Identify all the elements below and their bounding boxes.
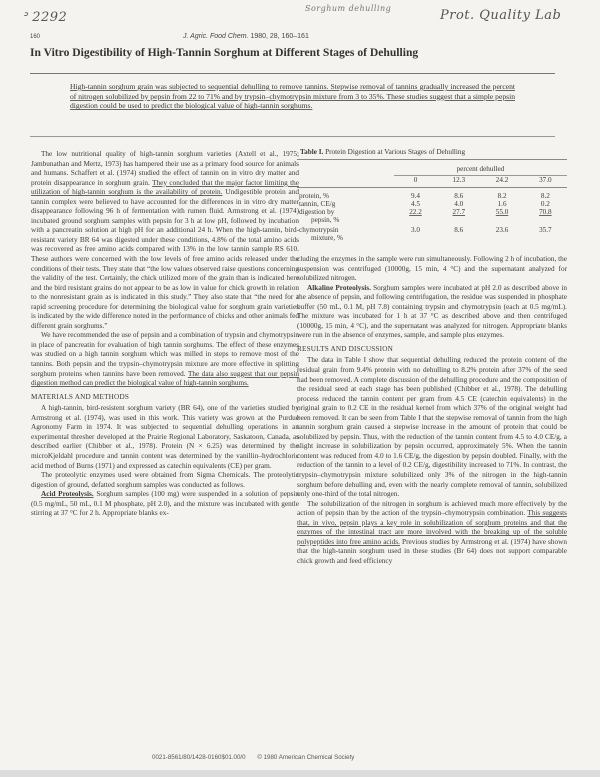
row-label: chymotrypsin: [297, 224, 394, 234]
row-label-cont: mixture, %: [297, 234, 394, 242]
journal-volume: 1980, 28, 160–161: [250, 33, 308, 40]
table-caption: Table I. Protein Digestion at Various St…: [300, 148, 567, 156]
right-column: cluding the enzymes in the sample were r…: [297, 255, 567, 567]
handwritten-note-right: Prot. Quality Lab: [440, 8, 561, 23]
row-label: digestion by: [297, 208, 394, 216]
column-header: 0: [394, 176, 437, 188]
column-header: 37.0: [524, 176, 567, 188]
intro-paragraph-2: We have recommended the use of pepsin an…: [31, 331, 299, 388]
results-paragraph-2: The solubilization of the nitrogen in so…: [297, 500, 567, 567]
title-divider: [30, 73, 555, 74]
handwritten-note-top: Sorghum dehulling: [305, 4, 391, 13]
scan-bottom-edge: [0, 770, 600, 777]
table-1: Table I. Protein Digestion at Various St…: [297, 148, 567, 242]
subheading-alkaline-proteolysis: Alkaline Proteolysis.: [307, 284, 371, 292]
abstract-divider: [30, 136, 555, 137]
page-number: 160: [30, 34, 40, 40]
copyright: © 1980 American Chemical Society: [257, 754, 354, 761]
methods-paragraph-2: The proteolytic enzymes used were obtain…: [31, 471, 299, 490]
row-label: protein, %: [297, 188, 394, 201]
handwritten-reference-number: ᐣ 2292: [22, 10, 67, 25]
left-column: The low nutritional quality of high-tann…: [31, 150, 299, 519]
subheading-acid-proteolysis: Acid Proteolysis.: [41, 490, 94, 498]
paper-title: In Vitro Digestibility of High-Tannin So…: [30, 46, 590, 59]
abstract: High-tannin sorghum grain was subjected …: [70, 82, 515, 111]
table-top-rule: [297, 159, 567, 160]
table-row: chymotrypsin 3.0 8.6 23.6 35.7: [297, 224, 567, 234]
intro-paragraph-1: The low nutritional quality of high-tann…: [31, 150, 299, 331]
journal-citation: J. Agric. Food Chem. 1980, 28, 160–161: [183, 33, 309, 40]
table-row-continuation: pepsin, %: [297, 216, 567, 224]
section-heading-methods: Materials and Methods: [31, 393, 299, 403]
protein-digestion-table: percent dehulled 0 12.3 24.2 37.0 protei…: [297, 163, 567, 242]
acid-proteolysis-continued: cluding the enzymes in the sample were r…: [297, 255, 567, 284]
results-paragraph-1: The data in Table I show that sequential…: [297, 356, 567, 499]
section-heading-results: Results and Discussion: [297, 345, 567, 355]
row-label: tannin, CE/g: [297, 200, 394, 208]
column-header: 24.2: [480, 176, 523, 188]
table-row-continuation: mixture, %: [297, 234, 567, 242]
page-footer: 0021-8561/80/1428-0160$01.00/0 © 1980 Am…: [152, 754, 364, 761]
alkaline-proteolysis-paragraph: Alkaline Proteolysis. Sorghum samples we…: [297, 284, 567, 341]
article-code: 0021-8561/80/1428-0160$01.00/0: [152, 754, 246, 761]
acid-proteolysis-paragraph: Acid Proteolysis. Sorghum samples (100 m…: [31, 490, 299, 519]
table-row: protein, % 9.4 8.6 8.2 8.2: [297, 188, 567, 201]
table-row: tannin, CE/g 4.5 4.0 1.6 0.2: [297, 200, 567, 208]
column-header: 12.3: [437, 176, 480, 188]
row-label-cont: pepsin, %: [297, 216, 394, 224]
document-page: ᐣ 2292 Sorghum dehulling Prot. Quality L…: [0, 0, 600, 777]
methods-paragraph-1: A high-tannin, bird-resistent sorghum va…: [31, 404, 299, 471]
table-row: digestion by 22.2 27.7 55.0 70.8: [297, 208, 567, 216]
column-spanner: percent dehulled: [394, 163, 567, 176]
journal-name: J. Agric. Food Chem.: [183, 33, 249, 40]
